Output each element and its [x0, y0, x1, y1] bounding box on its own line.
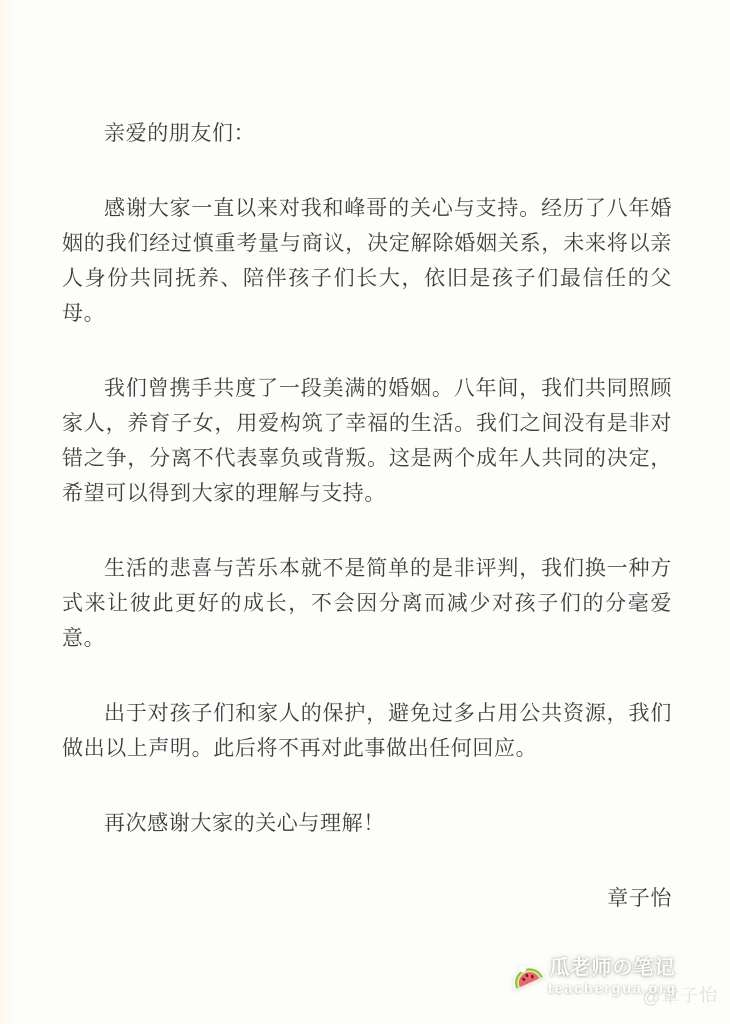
- paragraph-growth: 生活的悲喜与苦乐本就不是简单的是非评判，我们换一种方式来让彼此更好的成长，不会因…: [62, 551, 672, 656]
- watermark-title: 瓜老师の笔记: [550, 956, 676, 980]
- page-edge-tint: [0, 0, 14, 1024]
- statement-image: { "letter": { "salutation": "亲爱的朋友们：", "…: [0, 0, 730, 1024]
- salutation: 亲爱的朋友们：: [62, 116, 672, 151]
- watermark-url: teachergua.org: [548, 980, 677, 997]
- watermark: @章子怡 瓜老师の笔记 teachergua.org: [510, 956, 720, 1018]
- watermark-main: 瓜老师の笔记 teachergua.org: [510, 956, 677, 997]
- statement-letter: 亲爱的朋友们： 感谢大家一直以来对我和峰哥的关心与支持。经历了八年婚姻的我们经过…: [62, 116, 672, 956]
- paragraph-shared-life: 我们曾携手共度了一段美满的婚姻。八年间，我们共同照顾家人，养育子女，用爱构筑了幸…: [62, 371, 672, 511]
- closing-line: 再次感谢大家的关心与理解！: [62, 806, 672, 841]
- paragraph-privacy: 出于对孩子们和家人的保护，避免过多占用公共资源，我们做出以上声明。此后将不再对此…: [62, 696, 672, 766]
- watermelon-icon: [510, 957, 546, 997]
- paragraph-marriage-end: 感谢大家一直以来对我和峰哥的关心与支持。经历了八年婚姻的我们经过慎重考量与商议，…: [62, 191, 672, 331]
- signature: 章子怡: [62, 881, 672, 916]
- watermark-text-block: 瓜老师の笔记 teachergua.org: [548, 956, 677, 997]
